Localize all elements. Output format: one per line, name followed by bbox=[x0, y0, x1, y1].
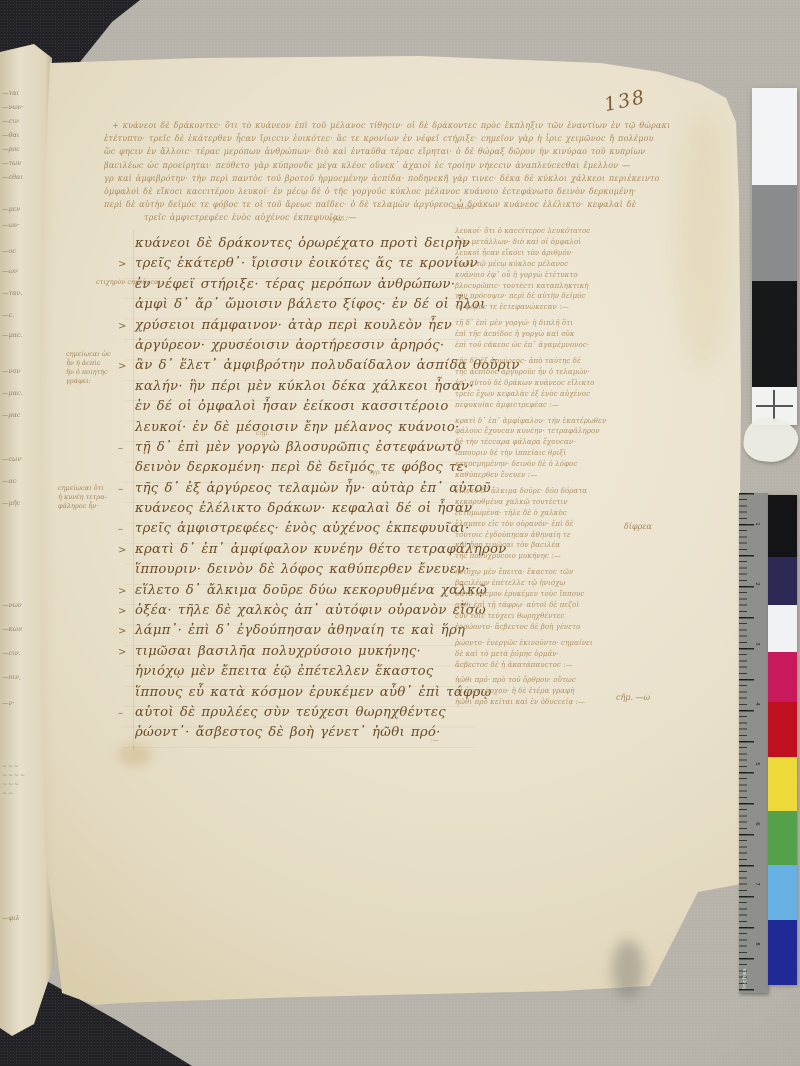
main-text-line: >τρεῖς ἑκάτερθ᾽· ἴρισσιν ἐοικότες ἅς τε … bbox=[118, 256, 488, 276]
interlinear-gloss: ἄλλωϲ· bbox=[452, 203, 476, 211]
main-text-line-text: τιμῶσαι βασιλῆα πολυχρύσοιο μυκήνης· bbox=[135, 644, 421, 659]
pencil-note-line: ~~~~ bbox=[2, 771, 26, 780]
scholia-line: ῥώοντο· ἐνεργῶϲ ἐκινοῦντο· ϲημαίνει bbox=[455, 638, 673, 649]
interlinear-gloss: ϲχεδ. bbox=[329, 215, 346, 223]
top-scholia-line: περὶ δὲ αὐτὴν δεῖμόϲ τε φόβοϲ τε οἱ τοῦ … bbox=[104, 198, 670, 211]
color-patch-yellow bbox=[768, 757, 797, 811]
scholia-line: αὖθι ἐπὶ τῇ τάφρῳ· αὐτοὶ δὲ πεζοὶ bbox=[455, 600, 673, 611]
scholia-line: ἐπ᾽ αὐτοῦ δὲ δράκων κυάνεοϲ εἵλικτο bbox=[455, 378, 673, 389]
scholia-line: ἄϲβεϲτοϲ δὲ ἡ ἀκατάπαυϲτοϲ :— bbox=[455, 660, 673, 671]
scholia-line: ἐπὶ τοῦ ϲάκεοϲ ὡϲ ἐπ᾽ ἀγαμέμνονοϲ· bbox=[455, 340, 673, 351]
main-text-line-text: καλήν· ἣν πέρι μὲν κύκλοι δέκα χάλκεοι ἦ… bbox=[135, 379, 474, 394]
scholia-line: λευκοὶ ἦϲαν εἴκοϲι τὸν ἀριθμόν· bbox=[455, 248, 673, 259]
scholia-line: κεκοϲμημένην· δεινὸν δὲ ὁ λόφοϲ bbox=[455, 459, 673, 470]
margin-note-line: ϲτιχηρὸν ϲημείωϲαι bbox=[96, 278, 161, 287]
top-scholia-line: ὀμφαλοὶ δὲ εἴκοϲι καϲϲιτέρου λευκοί· ἐν … bbox=[104, 185, 670, 198]
main-text-line: >εἵλετο δ᾽ ἄλκιμα δοῦρε δύω κεκορυθμένα … bbox=[118, 583, 488, 603]
diple-marker: > bbox=[118, 545, 135, 556]
top-scholia-line: + κυάνεοι δὲ δράκοντεϲ· ὅτι τὸ κυάνεον ἐ… bbox=[104, 119, 670, 132]
scholia-line: ἐν δὲ τῷ μέϲῳ κύκλοϲ μέλανοϲ bbox=[455, 259, 673, 270]
diple-marker: > bbox=[118, 626, 135, 637]
scholia-line: καὶ ἥρη τιμῶϲαι τὸν βαϲιλέα bbox=[455, 540, 673, 551]
top-scholia-line: ἐτέτυπτο· τρεῖϲ δὲ ἑκάτερθεν ἦϲαν ἴριϲϲι… bbox=[104, 132, 670, 145]
diple-marker: > bbox=[118, 647, 135, 658]
scholia-line: πεφυκυίαϲ ἀμφιϲτρεφέαϲ :— bbox=[455, 400, 673, 411]
scholia-line: ἵππουριν δὲ τὴν ἱππείαιϲ θριξὶ bbox=[455, 448, 673, 459]
interlinear-gloss: γρ. bbox=[372, 468, 382, 476]
scholia-paragraph: τῇ δ᾽ ἐπὶ μὲν γοργώ· ἡ διπλῆ ὅτιἐπὶ τῆϲ … bbox=[455, 318, 673, 351]
diple-marker: > bbox=[118, 361, 135, 372]
main-text-line: δεινὸν δερκομένη· περὶ δὲ δεῖμός τε φόβο… bbox=[118, 460, 488, 480]
scholia-paragraph: κρατὶ δ᾽ ἐπ᾽ ἀμφίφαλον· τὴν ἑκατέρωθενφά… bbox=[455, 416, 673, 481]
top-scholia-line: τρεῖϲ ἀμφιϲτρεφέεϲ ἑνὸϲ αὐχένοϲ ἐκπεφυυῖ… bbox=[104, 211, 670, 224]
top-scholia-block: + κυάνεοι δὲ δράκοντεϲ· ὅτι τὸ κυάνεον ἐ… bbox=[104, 119, 670, 225]
right-margin-note: ϲῆμ. —ω bbox=[616, 693, 650, 702]
main-text-line-text: κρατὶ δ᾽ ἐπ᾽ ἀμφίφαλον κυνέην θέτο τετρα… bbox=[135, 542, 507, 557]
scholia-line: τῶν μετάλλων· διὸ καὶ οἱ ὀμφαλοὶ bbox=[455, 237, 673, 248]
grayscale-step-white bbox=[752, 88, 797, 185]
scholia-line: τῇ δ᾽ ἐπὶ μὲν γοργώ· ἡ διπλῆ ὅτι bbox=[455, 318, 673, 329]
main-text-line-text: λάμπ᾽· ἐπὶ δ᾽ ἐγδούπησαν ἀθηναίη τε καὶ … bbox=[135, 623, 465, 638]
interlinear-gloss: :— bbox=[430, 736, 439, 744]
main-text-line-text: κυάνεος ἐλέλικτο δράκων· κεφαλαὶ δέ οἱ ἦ… bbox=[135, 501, 472, 516]
main-text-line: λευκοί· ἐν δὲ μέσοισιν ἔην μέλανος κυάνο… bbox=[118, 420, 488, 440]
edge-text-fragment: —νων· bbox=[2, 104, 32, 111]
ruler-number: 1 bbox=[754, 522, 760, 526]
scholia-line: λευκοί· ὅτι ὁ καϲϲίτεροϲ λευκότατοϲ bbox=[455, 226, 673, 237]
main-text-block: κυάνεοι δὲ δράκοντες ὀρωρέχατο προτὶ δει… bbox=[118, 236, 488, 746]
scholia-line: ἠῶθι πρό· πρὸ τοῦ ὄρθρου· οὕτωϲ bbox=[455, 675, 673, 686]
main-text-line: >κρατὶ δ᾽ ἐπ᾽ ἀμφίφαλον κυνέην θέτο τετρ… bbox=[118, 542, 488, 562]
scholia-line: ϲὺν τοῖϲ τεύχεϲι θωρηχθέντεϲ bbox=[455, 611, 673, 622]
main-text-line: >ὀξέα· τῆλε δὲ χαλκὸς ἀπ᾽ αὐτόφιν οὐρανὸ… bbox=[118, 603, 488, 623]
grayscale-step-black bbox=[752, 281, 797, 387]
main-text-line: –τῆς δ᾽ ἐξ ἀργύρεος τελαμὼν ἦν· αὐτὰρ ἐπ… bbox=[118, 481, 488, 501]
scholia-paragraph: ῥώοντο· ἐνεργῶϲ ἐκινοῦντο· ϲημαίνειδὲ κα… bbox=[455, 638, 673, 671]
ruler-number: 8 bbox=[754, 942, 760, 946]
scholia-line: βαϲιλέων ἐπέτελλε τῷ ἡνιόχῳ bbox=[455, 578, 673, 589]
scholia-line: ἐπὶ τῆϲ ἀϲπίδοϲ ἡ γοργὼ καὶ οὐκ bbox=[455, 329, 673, 340]
top-scholia-line: γρ καὶ ἀμφιβρότην· τὴν περὶ παντὸϲ τοῦ β… bbox=[104, 172, 670, 185]
pencil-note-line: ~~ bbox=[2, 789, 26, 798]
pencil-margin-note: ~~~~~~~~~~~~ bbox=[2, 762, 26, 798]
scholia-line: κατὰ κόϲμον ἐρυκέμεν τοὺϲ ἵππουϲ bbox=[455, 589, 673, 600]
edge-text-fragment: —ροϲ bbox=[2, 146, 32, 153]
margin-note-line: γράφει: bbox=[66, 377, 111, 386]
ruler-number: 4 bbox=[754, 702, 760, 706]
ruler-label: Inches bbox=[742, 968, 748, 989]
scholia-paragraph: λευκοί· ὅτι ὁ καϲϲίτεροϲ λευκότατοϲτῶν μ… bbox=[455, 226, 673, 313]
main-text-line: >ἂν δ᾽ ἕλετ᾽ ἀμφιβρότην πολυδαίδαλον ἀσπ… bbox=[118, 358, 488, 378]
ruler-number: 3 bbox=[754, 642, 760, 646]
ruler-number: 2 bbox=[754, 582, 760, 586]
ruler-number: 5 bbox=[754, 762, 760, 766]
scholia-line: καθύπερθεν ἔνευεν :— bbox=[455, 470, 673, 481]
diple-marker: > bbox=[118, 606, 135, 617]
scholia-line: ἐϲτομωμένα· τῆλε δὲ ὁ χαλκὸϲ bbox=[455, 508, 673, 519]
margin-note-line: ϲημείωϲαι ὅτι bbox=[58, 484, 107, 493]
margin-note-line: φάληροϲ ἦν· bbox=[58, 502, 107, 511]
left-margin-note: ϲημείωϲαι ὅτιἡ κυνέη τετρα-φάληροϲ ἦν· bbox=[58, 484, 107, 511]
main-text-line-text: τῇ δ᾽ ἐπὶ μὲν γοργὼ βλοσυρῶπις ἐστεφάνωτ… bbox=[135, 440, 461, 455]
color-patch-sky-blue bbox=[768, 865, 797, 920]
edge-text-fragment: —ραϲ bbox=[2, 412, 32, 419]
scholia-line: ἐρρώοντο· ἄϲβεϲτοϲ δὲ βοὴ γένετο bbox=[455, 622, 673, 633]
color-patch-magenta bbox=[768, 652, 797, 702]
main-text-line-text: δεινὸν δερκομένη· περὶ δὲ δεῖμός τε φόβο… bbox=[135, 460, 468, 475]
grayscale-calibration-strip bbox=[752, 88, 797, 425]
left-margin-note: ϲτιχηρὸν ϲημείωϲαι bbox=[96, 278, 161, 287]
main-text-line-text: τῆς δ᾽ ἐξ ἀργύρεος τελαμὼν ἦν· αὐτὰρ ἐπ᾽… bbox=[135, 481, 491, 496]
scholia-paragraph: τῆϲ δ᾽ ἐξ ἀργύρεοϲ· ἀπὸ ταύτηϲ δὲτῆϲ ἀϲπ… bbox=[455, 356, 673, 411]
main-text-line: ἐν δέ οἱ ὀμφαλοὶ ἦσαν ἐείκοσι κασσιτέροι… bbox=[118, 399, 488, 419]
main-text-line: καλήν· ἣν πέρι μὲν κύκλοι δέκα χάλκεοι ἦ… bbox=[118, 379, 488, 399]
edge-text-fragment: —αϲ bbox=[2, 478, 32, 485]
color-patch-red bbox=[768, 702, 797, 757]
edge-text-fragment: —νον bbox=[2, 368, 32, 375]
color-patch-green bbox=[768, 811, 797, 865]
main-text-line-text: κυάνεοι δὲ δράκοντες ὀρωρέχατο προτὶ δει… bbox=[135, 236, 470, 251]
main-text-line: ἵππουριν· δεινὸν δὲ λόφος καθύπερθεν ἔνε… bbox=[118, 562, 488, 582]
main-text-line: ἡνιόχῳ μὲν ἔπειτα ἑῷ ἐπέτελλεν ἕκαστος bbox=[118, 664, 488, 684]
diple-marker: – bbox=[118, 443, 135, 454]
scholia-line: ἡνιόχῳ μὲν ἔπειτα· ἕκαϲτοϲ τῶν bbox=[455, 567, 673, 578]
main-text-line-text: ἐν δέ οἱ ὀμφαλοὶ ἦσαν ἐείκοσι κασσιτέροι… bbox=[135, 399, 449, 414]
edge-text-fragment: —νων bbox=[2, 602, 32, 609]
scholia-line: δὲ καὶ τὸ μετὰ ῥύμηϲ ὁρμᾶν· bbox=[455, 649, 673, 660]
edge-text-fragment: —οϲ bbox=[2, 248, 32, 255]
left-margin-note: ϲημείωϲαι ὡϲἦν ἡ ἀϲπὶϲἣν ὁ ποιητὴϲγράφει… bbox=[66, 350, 111, 386]
main-text-line-text: τρεῖς ἑκάτερθ᾽· ἴρισσιν ἐοικότες ἅς τε κ… bbox=[135, 256, 478, 271]
scholia-line: φάλουϲ ἔχουϲαν κυνέην· τετραφάληρον bbox=[455, 426, 673, 437]
edge-text-fragment: —ων· bbox=[2, 222, 32, 229]
scholia-line: δὲ τὴν τέϲϲαρα φάλαρα ἔχουϲαν· bbox=[455, 437, 673, 448]
main-text-line-text: ῥώοντ᾽· ἄσβεστος δὲ βοὴ γένετ᾽ ἠῶθι πρό· bbox=[135, 725, 441, 740]
edge-text-fragment: —μεν bbox=[2, 206, 32, 213]
color-patch-blue bbox=[768, 920, 797, 985]
scholia-paragraph: ἠῶθι πρό· πρὸ τοῦ ὄρθρου· οὕτωϲαἱ ἀριϲτά… bbox=[455, 675, 673, 708]
scholia-line: βλοϲυρῶπιϲ· τουτέϲτι καταπληκτικὴ bbox=[455, 281, 673, 292]
main-text-line-text: εἵλετο δ᾽ ἄλκιμα δοῦρε δύω κεκορυθμένα χ… bbox=[135, 583, 487, 598]
scholia-line: τὴν πρόϲοψιν· περὶ δὲ αὐτὴν δεῖμόϲ bbox=[455, 291, 673, 302]
scholia-paragraph: ἡνιόχῳ μὲν ἔπειτα· ἕκαϲτοϲ τῶνβαϲιλέων ἐ… bbox=[455, 567, 673, 632]
main-text-line-text: ἐν νέφεϊ στήριξε· τέρας μερόπων ἀνθρώπων… bbox=[135, 277, 455, 292]
edge-text-fragment: —θαι bbox=[2, 132, 32, 139]
main-text-line-text: ἵππουριν· δεινὸν δὲ λόφος καθύπερθεν ἔνε… bbox=[135, 562, 470, 577]
edge-text-fragment: —ων bbox=[2, 268, 32, 275]
parchment-stain bbox=[118, 744, 152, 766]
edge-text-fragment: —των bbox=[2, 160, 32, 167]
color-patch-black bbox=[768, 495, 797, 557]
margin-note-line: ἦν ἡ ἀϲπὶϲ bbox=[66, 359, 111, 368]
scholia-line: κρατὶ δ᾽ ἐπ᾽ ἀμφίφαλον· τὴν ἑκατέρωθεν bbox=[455, 416, 673, 427]
color-patch-white bbox=[768, 605, 797, 652]
main-text-line: >χρύσειοι πάμφαινον· ἀτὰρ περὶ κουλεὸν ἦ… bbox=[118, 318, 488, 338]
edge-text-fragment: —ν· bbox=[2, 700, 32, 707]
edge-text-fragment: —ϲιν bbox=[2, 118, 32, 125]
main-text-line: >τιμῶσαι βασιλῆα πολυχρύσοιο μυκήνης· bbox=[118, 644, 488, 664]
edge-text-fragment: —ϲιν. bbox=[2, 650, 32, 657]
main-text-line: >λάμπ᾽· ἐπὶ δ᾽ ἐγδούπησαν ἀθηναίη τε καὶ… bbox=[118, 623, 488, 643]
main-text-line: –τῇ δ᾽ ἐπὶ μὲν γοργὼ βλοσυρῶπις ἐστεφάνω… bbox=[118, 440, 488, 460]
interlinear-gloss: ϲημ. bbox=[256, 429, 270, 437]
margin-note-line: ϲημείωϲαι ὡϲ bbox=[66, 350, 111, 359]
margin-note-line: ἣν ὁ ποιητὴϲ bbox=[66, 368, 111, 377]
diple-marker: > bbox=[118, 259, 135, 270]
scholia-line: τούτοιϲ ἐγδούπηϲαν ἀθηναίη τε bbox=[455, 530, 673, 541]
edge-text-fragment: —ταν. bbox=[2, 290, 32, 297]
edge-text-fragment: —ϲθαι bbox=[2, 174, 32, 181]
main-text-line: ἀργύρεον· χρυσέοισιν ἀορτήρεσσιν ἀρηρός· bbox=[118, 338, 488, 358]
top-scholia-line: ὥϲ φηϲιν ἐν ἄλλοιϲ· τέραϲ μερόπων ἀνθρώπ… bbox=[104, 145, 670, 158]
main-text-line: –τρεῖς ἀμφιστρεφέες· ἑνὸς αὐχένος ἐκπεφυ… bbox=[118, 521, 488, 541]
scholia-line: κυάνοιο ἐφ᾽ οὗ ἡ γοργὼ ἐτέτυκτο bbox=[455, 270, 673, 281]
ruler: Inches 12345678 bbox=[739, 493, 768, 993]
edge-text-fragment: —ϲων bbox=[2, 456, 32, 463]
right-scholia-column: λευκοί· ὅτι ὁ καϲϲίτεροϲ λευκότατοϲτῶν μ… bbox=[455, 226, 673, 713]
felt-smudge bbox=[612, 940, 644, 998]
edge-text-fragment: —κων bbox=[2, 626, 32, 633]
main-text-line: ἵππους εὖ κατὰ κόσμον ἐρυκέμεν αὖθ᾽ ἐπὶ … bbox=[118, 685, 488, 705]
scholia-line: τε φόβοϲ τε ἐϲτεφανώκεϲαν :— bbox=[455, 302, 673, 313]
main-text-line: ἀμφὶ δ᾽ ἄρ᾽ ὤμοισιν βάλετο ξίφος· ἐν δέ … bbox=[118, 297, 488, 317]
main-text-line-text: ἡνιόχῳ μὲν ἔπειτα ἑῷ ἐπέτελλεν ἕκαστος bbox=[135, 664, 434, 679]
diple-marker: > bbox=[118, 586, 135, 597]
scholia-line: τρεῖϲ ἔχων κεφαλὰϲ ἐξ ἑνὸϲ αὐχένοϲ bbox=[455, 389, 673, 400]
main-text-line-text: χρύσειοι πάμφαινον· ἀτὰρ περὶ κουλεὸν ἦε… bbox=[135, 318, 452, 333]
main-text-line: ἐν νέφεϊ στήριξε· τέρας μερόπων ἀνθρώπων… bbox=[118, 277, 488, 297]
top-scholia-line: βαϲιλέωϲ ὡϲ προείρηται· πεύθετο γὰρ κύπρ… bbox=[104, 159, 670, 172]
edge-text-fragment: —οιν, bbox=[2, 674, 32, 681]
edge-text-fragment: —μῆϲ bbox=[2, 500, 32, 507]
ruler-number: 6 bbox=[754, 822, 760, 826]
main-text-line: κυάνεοι δὲ δράκοντες ὀρωρέχατο προτὶ δει… bbox=[118, 236, 488, 256]
main-text-line-text: ὀξέα· τῆλε δὲ χαλκὸς ἀπ᾽ αὐτόφιν οὐρανὸν… bbox=[135, 603, 486, 618]
color-calibration-strip bbox=[768, 495, 797, 985]
right-margin-note: δίφρεα bbox=[624, 522, 652, 531]
main-text-line-text: τρεῖς ἀμφιστρεφέες· ἑνὸς αὐχένος ἐκπεφυυ… bbox=[135, 521, 470, 536]
diple-marker: – bbox=[118, 484, 135, 495]
scholia-line: τῆϲ ἀϲπίδοϲ ἀργυροῦϲ ἦν ὁ τελαμών· bbox=[455, 367, 673, 378]
color-patch-navy bbox=[768, 557, 797, 605]
parchment-discoloration bbox=[676, 110, 730, 370]
scholia-line: εἵλετο δ᾽ ἄλκιμα δοῦρε· δύο δόρατα bbox=[455, 486, 673, 497]
main-text-line-text: λευκοί· ἐν δὲ μέσοισιν ἔην μέλανος κυάνο… bbox=[135, 420, 460, 435]
grayscale-step-gray bbox=[752, 185, 797, 281]
pencil-note-line: ~~~ bbox=[2, 762, 26, 771]
ruler-number: 7 bbox=[754, 882, 760, 886]
edge-text-fragment: —φιλ bbox=[2, 915, 32, 922]
pencil-note-line: ~~~ bbox=[2, 780, 26, 789]
main-text-line-text: ἀμφὶ δ᾽ ἄρ᾽ ὤμοισιν βάλετο ξίφος· ἐν δέ … bbox=[135, 297, 486, 312]
scholia-line: τῆϲ δ᾽ ἐξ ἀργύρεοϲ· ἀπὸ ταύτηϲ δὲ bbox=[455, 356, 673, 367]
main-text-line: κυάνεος ἐλέλικτο δράκων· κεφαλαὶ δέ οἱ ἦ… bbox=[118, 501, 488, 521]
edge-text-fragment: —ται bbox=[2, 90, 32, 97]
scholia-line: κεκορυθμένα χαλκῷ τουτέϲτιν bbox=[455, 497, 673, 508]
edge-text-fragment: —ϲ. bbox=[2, 312, 32, 319]
scholia-line: τῆϲ πολυχρύϲοιο μυκήνηϲ :— bbox=[455, 551, 673, 562]
margin-note-line: ἡ κυνέη τετρα- bbox=[58, 493, 107, 502]
diple-marker: – bbox=[118, 524, 135, 535]
edge-text-fragment: —μαϲ. bbox=[2, 332, 32, 339]
diple-marker: > bbox=[118, 321, 135, 332]
main-text-line-text: ἵππους εὖ κατὰ κόσμον ἐρυκέμεν αὖθ᾽ ἐπὶ … bbox=[135, 685, 492, 700]
main-text-line: –αὐτοὶ δὲ πρυλέες σὺν τεύχεσι θωρηχθέντε… bbox=[118, 705, 488, 725]
main-text-line-text: ἀργύρεον· χρυσέοισιν ἀορτήρεσσιν ἀρηρός· bbox=[135, 338, 444, 353]
diple-marker: – bbox=[118, 708, 135, 719]
edge-text-fragment: —μαϲ. bbox=[2, 390, 32, 397]
manuscript-photo: ~~~~~~~~~~~~ 138 + κυάνεοι δὲ δράκοντεϲ·… bbox=[0, 0, 800, 1066]
main-text-line-text: αὐτοὶ δὲ πρυλέες σὺν τεύχεσι θωρηχθέντες bbox=[135, 705, 446, 720]
